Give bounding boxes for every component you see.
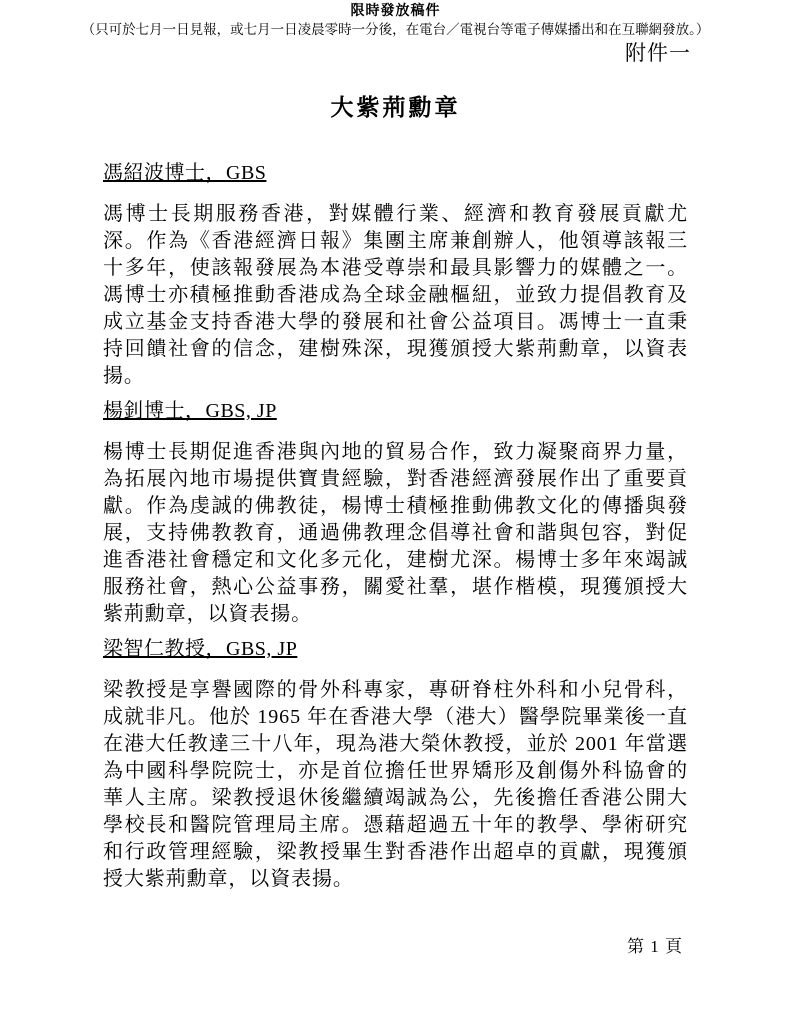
page-number: 第 1 頁: [627, 936, 683, 958]
document-title: 大紫荊勳章: [0, 93, 791, 123]
citation-paragraph-yeung: 楊博士長期促進香港與內地的貿易合作，致力凝聚商界力量，為拓展內地市場提供寶貴經驗…: [103, 439, 688, 628]
document-body: 馮紹波博士，GBS 馮博士長期服務香港，對媒體行業、經濟和教育發展貢獻尤深。作為…: [0, 160, 791, 893]
citation-paragraph-fung: 馮博士長期服務香港，對媒體行業、經濟和教育發展貢獻尤深。作為《香港經濟日報》集團…: [103, 201, 688, 390]
recipient-heading-leung: 梁智仁教授，GBS, JP: [103, 636, 688, 663]
embargo-note: （只可於七月一日見報，或七月一日凌晨零時一分後，在電台／電視台等電子傳媒播出和在…: [0, 21, 791, 38]
embargo-title: 限時發放稿件: [0, 0, 791, 21]
document-page: 限時發放稿件 （只可於七月一日見報，或七月一日凌晨零時一分後，在電台／電視台等電…: [0, 0, 791, 1024]
award-section-fung: 馮紹波博士，GBS 馮博士長期服務香港，對媒體行業、經濟和教育發展貢獻尤深。作為…: [103, 160, 688, 390]
citation-paragraph-leung: 梁教授是享譽國際的骨外科專家，專研脊柱外科和小兒骨科，成就非凡。他於 1965 …: [103, 677, 688, 893]
award-section-yeung: 楊釗博士，GBS, JP 楊博士長期促進香港與內地的貿易合作，致力凝聚商界力量，…: [103, 398, 688, 628]
recipient-heading-fung: 馮紹波博士，GBS: [103, 160, 688, 187]
recipient-heading-yeung: 楊釗博士，GBS, JP: [103, 398, 688, 425]
award-section-leung: 梁智仁教授，GBS, JP 梁教授是享譽國際的骨外科專家，專研脊柱外科和小兒骨科…: [103, 636, 688, 893]
annex-label: 附件一: [0, 40, 791, 66]
